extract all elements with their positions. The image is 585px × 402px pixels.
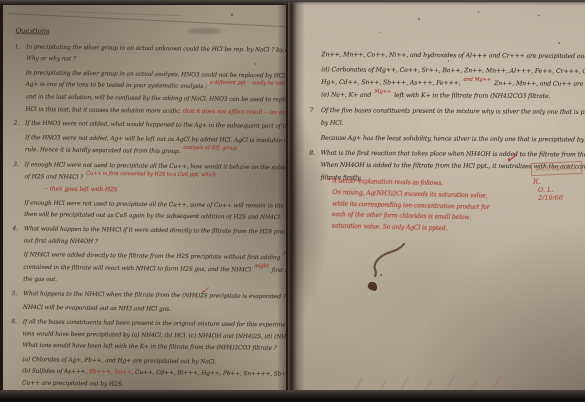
ink-text: What ions would have been left with the …	[22, 342, 276, 352]
ink-text: Of the five bases constituents present i…	[321, 107, 585, 116]
ink-text: (b) Sulfides of As+++,	[22, 368, 89, 375]
question-number: 1.	[15, 41, 27, 53]
ink-text: What happens to the NH4Cl when the filtr…	[23, 290, 286, 300]
question-block: 3.If enough HCl were not used to precipi…	[13, 159, 286, 198]
grader-initial: R.	[533, 178, 541, 186]
red-ink-correction: a different ppt -- easily be told	[210, 80, 285, 87]
ink-text: (e) Na+, K+ and	[321, 91, 373, 99]
answer-block: (d) Carbonates of Mg++, Ca++, Sr++, Ba++…	[310, 63, 585, 104]
ink-text: of H2S and NH4Cl ?	[25, 173, 85, 180]
foxing-speck	[380, 32, 381, 33]
question-block: 5.What happens to the NH4Cl when the fil…	[12, 288, 286, 303]
ink-text: HCl in this test, but it causes the solu…	[25, 106, 183, 115]
question-block: 2.If the HNO3 were not added, what would…	[14, 117, 286, 132]
ink-text: If the HNO3 were not added, what would h…	[25, 120, 286, 130]
manuscript-line: What ions would have been left with the …	[11, 340, 286, 355]
red-ink-correction: Sb+++, Sn++	[89, 369, 132, 376]
page-gutter	[277, 0, 305, 402]
ink-text: and in the last solution, will be confus…	[25, 94, 286, 104]
answer-block: Because Ag+ has the least solubility, he…	[309, 132, 585, 146]
ink-text: If the HNO3 were not added, Ag+ will be …	[25, 134, 286, 144]
question-block: 7Of the five bases constituents present …	[309, 104, 585, 131]
ink-text: Because Ag+ has the least solubility, he…	[321, 134, 585, 143]
ink-text: If enough HCl were not used to precipita…	[25, 161, 286, 171]
answer-block: Zn++, Mn++, Co++, Ni++, and hydroxides o…	[310, 48, 585, 62]
notebook-photograph: Questions 1.In precipitating the silver …	[0, 0, 585, 402]
ink-text: Zn++, Mn++, Co++, Ni++, and hydroxides o…	[321, 51, 585, 61]
question-number: 6.	[11, 316, 23, 328]
ink-text: ions would have been precipitated by (a)…	[23, 330, 286, 340]
ink-text: (d) Carbonates of Mg++, Ca++, Sr++, Ba++…	[321, 66, 585, 76]
manuscript-line: HCl in this test, but it causes the solu…	[14, 103, 286, 118]
red-ink-correction: that it does not affect result -- on aci…	[183, 108, 286, 117]
answer-block: In precipitating the silver group in an …	[14, 67, 286, 119]
answer-block: NH4Cl will be evaporated out as NH3 and …	[11, 302, 286, 317]
foxing-speck	[558, 42, 560, 44]
ink-text: the gas out.	[23, 276, 57, 283]
red-ink-correction: and Mg++	[464, 76, 492, 82]
answer-block: (a) Chlorides of Ag+, Pb++, and Hg+ are …	[10, 354, 286, 393]
question-number: 2.	[14, 117, 26, 129]
ink-text: Cu++ are precipitated out by H2S.	[22, 380, 123, 388]
ink-text: Why or why not ?	[26, 55, 76, 62]
foxing-speck	[231, 14, 233, 16]
manuscript-line: by HCl.	[309, 117, 585, 131]
ink-text: rule. Hence it is hardly separated out f…	[25, 147, 182, 156]
answer-block: If the HNO3 were not added, Ag+ will be …	[13, 132, 286, 160]
foxing-speck	[418, 18, 420, 20]
red-ink-correction: might	[254, 263, 269, 269]
ink-text: If NH4Cl were added directly to the filt…	[24, 251, 283, 261]
red-ink-correction: Mg++	[374, 89, 391, 95]
grader-checkmark-icon: ✓	[200, 284, 210, 298]
ink-text: Zn++, Mn++, and Cu++ are precipitated ou…	[492, 79, 585, 87]
ink-text: then will be precipitated out as CuS aga…	[24, 211, 282, 221]
question-number: 4.	[12, 223, 24, 235]
ink-text: (a) Chlorides of Ag+, Pb++, and Hg+ are …	[22, 356, 216, 365]
question-number: 5.	[12, 288, 24, 300]
page-heading: Questions	[15, 25, 286, 40]
question-block: 1.In precipitating the silver group in a…	[15, 41, 286, 68]
answer-block: If enough HCl were not used to precipita…	[13, 197, 286, 224]
answer-block: If NH4Cl were added directly to the filt…	[12, 249, 286, 289]
photo-bottom-edge	[0, 390, 585, 402]
manuscript-line: 7Of the five bases constituents present …	[310, 104, 585, 118]
left-page-text: Questions 1.In precipitating the silver …	[15, 25, 286, 393]
question-block: 4.What would happen to the NH4Cl if it w…	[12, 223, 286, 250]
right-page: Zn++, Mn++, Co++, Ni++, and hydroxides o…	[288, 2, 585, 394]
foxing-speck	[538, 15, 540, 16]
ink-text: If all the bases constituents had been p…	[23, 319, 286, 329]
ink-text: In precipitating the silver group in an …	[26, 69, 286, 79]
question-number: 7	[310, 104, 321, 117]
ink-text: contained in the filtrate will react wit…	[23, 264, 252, 273]
manuscript-line: 2.If the HNO3 were not added, what would…	[14, 117, 286, 132]
ink-text: left with K+ in the filtrate from (NH4)2…	[392, 92, 550, 100]
manuscript-line: NH4Cl will be evaporated out as NH3 and …	[11, 302, 286, 317]
ink-text: by HCl.	[321, 119, 344, 126]
accepted-stamp: Accepted	[531, 161, 582, 176]
left-page: Questions 1.In precipitating the silver …	[3, 5, 286, 393]
red-ink-correction: analysis of diff. group	[183, 145, 237, 152]
ink-text: What is the first reaction that takes pl…	[321, 149, 585, 158]
red-ink-correction: Cu++ is first converted by H2S to a CuS …	[86, 170, 216, 178]
foxing-speck	[478, 11, 479, 13]
ink-text: If enough HCl were not used to precipita…	[24, 200, 286, 210]
ink-text: What would happen to the NH4Cl if it wer…	[24, 225, 286, 235]
grader-red-note: * A better explanation reads as follows.…	[328, 176, 580, 232]
grader-checkmark-icon: ✓	[504, 148, 518, 167]
question-number: 8.	[309, 147, 320, 160]
ink-text: In precipitating the silver group in an …	[26, 43, 286, 53]
question-block: 6.If all the bases constituents had been…	[11, 316, 286, 355]
photo-top-edge	[0, 0, 585, 5]
ink-text: Ag+ is one of the ions to be tested in y…	[26, 81, 209, 90]
ink-text: NH4Cl will be evaporated out as NH3 and …	[23, 304, 171, 312]
grader-signature-date: O. L. 2/19/66	[538, 187, 563, 202]
ink-text: , Cu++, Cd++, Bi+++, Hg++, Pb++, Sn++++,…	[131, 369, 286, 379]
manuscript-line: -- then goes left with H2S	[13, 183, 286, 198]
ink-text: out first adding NH4OH ?	[24, 237, 98, 245]
red-ink-correction: -- then goes left with H2S	[44, 186, 117, 193]
manuscript-line: Zn++, Mn++, Co++, Ni++, and hydroxides o…	[310, 48, 585, 62]
grader-date: 2/19/66	[538, 195, 563, 203]
manuscript-line: (e) Na+, K+ and Mg++ left with K+ in the…	[310, 89, 585, 104]
manuscript-line: then will be precipitated out as CuS aga…	[13, 209, 286, 224]
question-number: 3.	[13, 159, 25, 171]
manuscript-line: 5.What happens to the NH4Cl when the fil…	[12, 288, 286, 303]
ink-blot	[360, 238, 416, 294]
manuscript-line: Because Ag+ has the least solubility, he…	[309, 132, 585, 146]
ink-text: Hg+, Cd++, Sn++, Sb+++, As+++, Fe+++,	[321, 78, 462, 86]
left-page-questions: 1.In precipitating the silver group in a…	[10, 41, 286, 393]
